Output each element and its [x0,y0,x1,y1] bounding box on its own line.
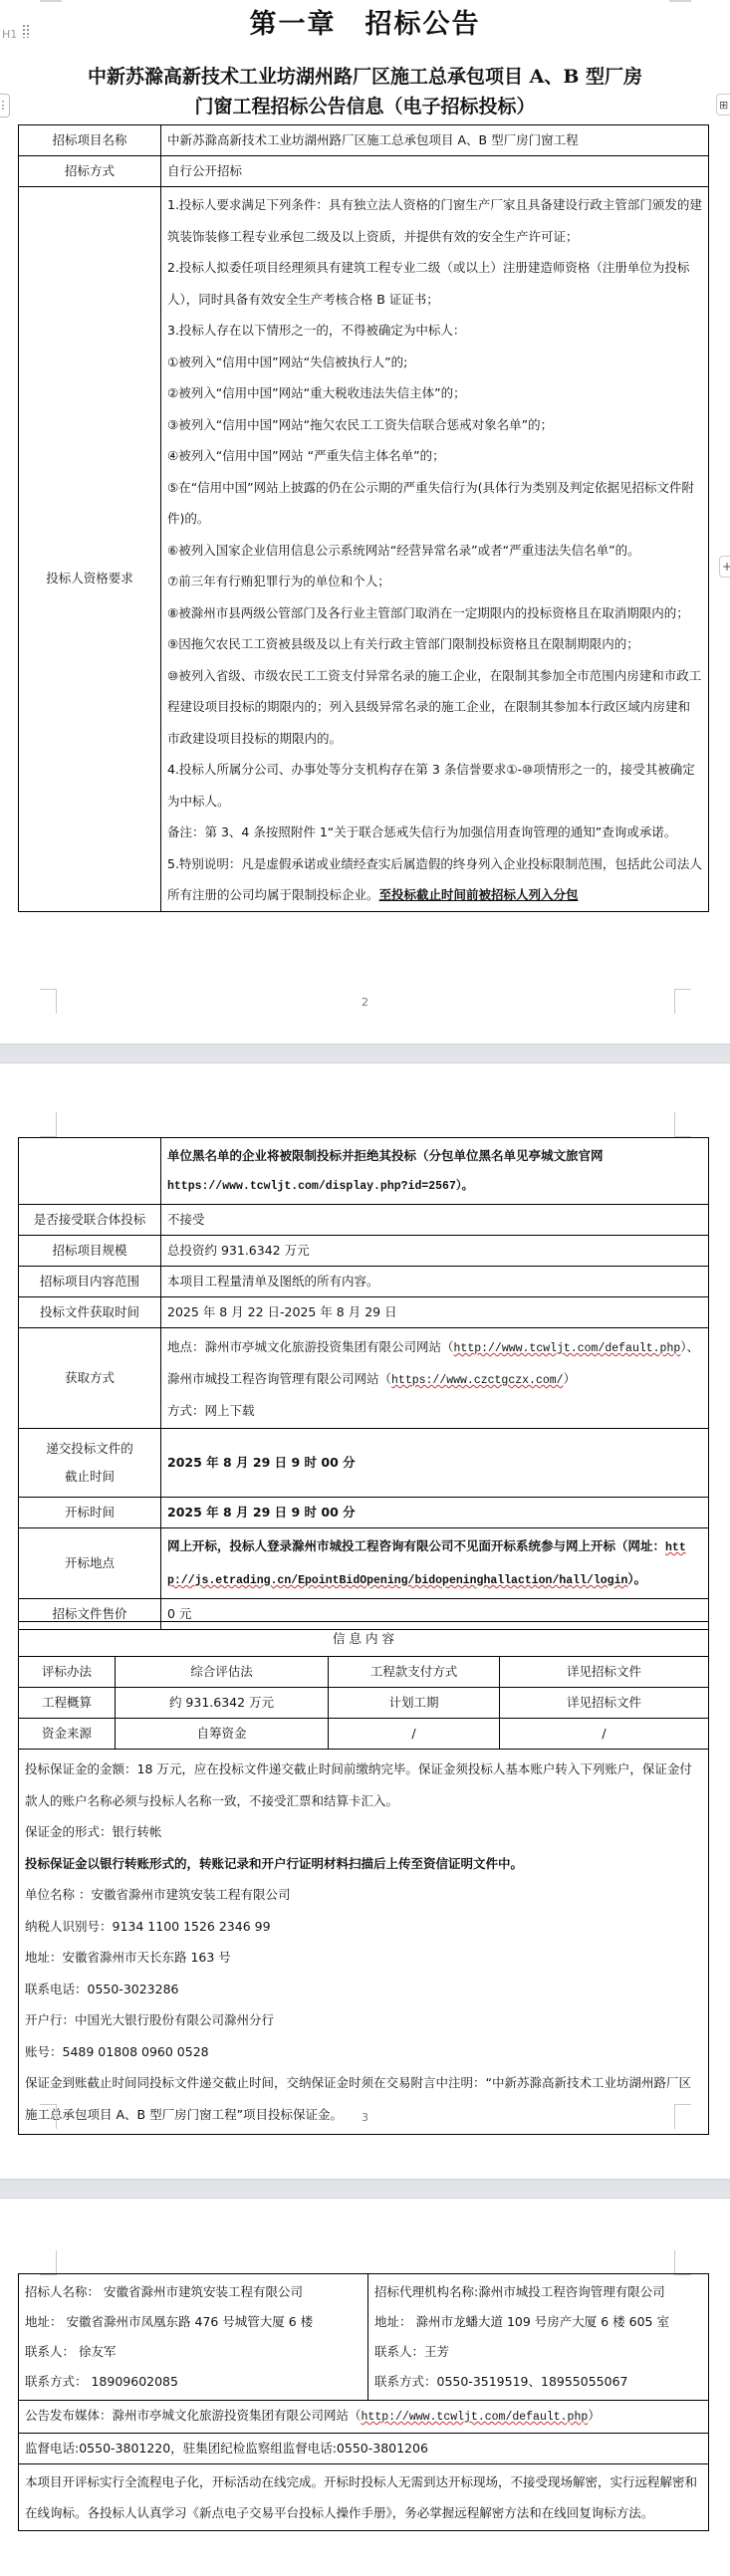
page-break [0,1044,730,1063]
page-corner-mark [674,1112,691,1137]
row-label: 开标时间 [19,1498,161,1528]
agent-contact: 联系人：王芳 [374,2337,702,2367]
tenderer-phone: 联系方式： 18909602085 [25,2367,362,2397]
table-row: 信 息 内 容 [19,1622,709,1657]
deposit-form: 保证金的形式：银行转帐 [25,1816,702,1848]
chapter-title: 第一章 招标公告 [0,2,730,41]
obtain-method: 地点：滁州市亭城文化旅游投资集团有限公司网站（http://www.tcwljt… [161,1328,709,1429]
blacklist-continuation: 单位黑名单的企业将被限制投标并拒绝其投标（分包单位黑名单见亭城文旅官网 http… [161,1138,709,1205]
row-label: 递交投标文件的 截止时间 [19,1429,161,1498]
grid-cell: 详见招标文件 [500,1688,709,1719]
grid-cell: 自筹资金 [116,1719,329,1750]
tenderer-contact: 联系人： 徐友军 [25,2337,362,2367]
row-label: 招标项目内容范围 [19,1267,161,1297]
deposit-unit-name: 单位名称 ：安徽省滁州市建筑安装工程有限公司 [25,1879,702,1911]
publish-media: 公告发布媒体：滁州市亭城文化旅游投资集团有限公司网站（http://www.tc… [19,2401,709,2434]
grid-cell: / [329,1719,500,1750]
agent-phone: 联系方式：0550-3519519、18955055067 [374,2367,702,2397]
table-row: 公告发布媒体：滁州市亭城文化旅游投资集团有限公司网站（http://www.tc… [19,2401,709,2434]
table-row: 是否接受联合体投标 不接受 [19,1205,709,1236]
table-row: 本项目开评标实行全流程电子化，开标活动在线完成。开标时投标人无需到达开标现场，不… [19,2464,709,2531]
row-label: 是否接受联合体投标 [19,1205,161,1236]
row-label: 招标方式 [19,156,161,187]
requirement-item: ①被列入“信用中国”网站“失信被执行人”的; [167,347,702,378]
grid-cell: 综合评估法 [116,1657,329,1688]
tcwljt-link[interactable]: http://www.tcwljt.com/default.php [454,1342,681,1355]
scope-value: 本项目工程量清单及图纸的所有内容。 [161,1267,709,1297]
requirement-item: 4.投标人所属分公司、办事处等分支机构存在第 3 条信誉要求①-⑩项情形之一的，… [167,754,702,817]
tenderer-name: 招标人名称： 安徽省滁州市建筑安装工程有限公司 [25,2277,362,2307]
tender-info-table-p2: 招标项目名称 中新苏滁高新技术工业坊湖州路厂区施工总承包项目 A、B 型厂房门窗… [18,124,709,912]
table-row: 招标方式 自行公开招标 [19,156,709,187]
table-row: 投标保证金的金额：18 万元，应在投标文件递交截止时间前缴纳完毕。保证金须投标人… [19,1750,709,2135]
page-corner-mark [40,1112,57,1137]
info-header: 信 息 内 容 [19,1622,709,1657]
document-title-line1: 中新苏滁高新技术工业坊湖州路厂区施工总承包项目 A、B 型厂房 [0,62,730,92]
table-row: 招标项目内容范围 本项目工程量清单及图纸的所有内容。 [19,1267,709,1297]
table-row: 递交投标文件的 截止时间 2025 年 8 月 29 日 9 时 00 分 [19,1429,709,1498]
opening-time-value: 2025 年 8 月 29 日 9 时 00 分 [161,1498,709,1528]
table-row: 投标人资格要求 1.投标人要求满足下列条件：具有独立法人资格的门窗生产厂家且具备… [19,187,709,912]
requirement-item: ⑤在“信用中国”网站上披露的仍在公示期的严重失信行为(具体行为类别及判定依据见招… [167,472,702,535]
requirement-item: ④被列入“信用中国”网站 “严重失信主体名单”的； [167,440,702,472]
grid-cell: 资金来源 [19,1719,116,1750]
tender-info-table-p3: 单位黑名单的企业将被限制投标并拒绝其投标（分包单位黑名单见亭城文旅官网 http… [18,1137,709,1630]
agent-address: 地址： 滁州市龙蟠大道 109 号房产大厦 6 楼 605 室 [374,2307,702,2337]
table-row: 评标办法 综合评估法 工程款支付方式 详见招标文件 [19,1657,709,1688]
row-label-line: 递交投标文件的 [21,1435,158,1463]
deposit-tax-id: 纳税人识别号：9134 1100 1526 2346 99 [25,1911,702,1943]
blacklist-url[interactable]: https://www.tcwljt.com/display.php?id=25… [167,1171,702,1202]
requirement-item: ⑩被列入省级、市级农民工工资支付异常名录的施工企业，在限制其参加全市范围内房建和… [167,660,702,755]
requirement-item: ⑧被滁州市县两级公管部门及各行业主管部门取消在一定期限内的投标资格且在取消期限内… [167,597,702,629]
page-break [0,2179,730,2199]
row-label: 招标项目名称 [19,125,161,156]
row-label-empty [19,1138,161,1205]
add-row-icon[interactable]: + [719,556,730,578]
obtain-location: 地点：滁州市亭城文化旅游投资集团有限公司网站（http://www.tcwljt… [167,1332,702,1396]
row-label: 招标项目规模 [19,1236,161,1267]
grid-cell: 工程概算 [19,1688,116,1719]
agent-info: 招标代理机构名称:滁州市城投工程咨询管理有限公司 地址： 滁州市龙蟠大道 109… [368,2274,709,2401]
deposit-address: 地址：安徽省滁州市天长东路 163 号 [25,1942,702,1974]
grid-cell: 工程款支付方式 [329,1657,500,1688]
table-row: 单位黑名单的企业将被限制投标并拒绝其投标（分包单位黑名单见亭城文旅官网 http… [19,1138,709,1205]
grid-cell: 详见招标文件 [500,1657,709,1688]
publish-media-text: ） [588,2408,601,2423]
table-row: 资金来源 自筹资金 / / [19,1719,709,1750]
requirement-item: ②被列入“信用中国”网站“重大税收违法失信主体”的； [167,377,702,409]
page-corner-mark [674,2250,691,2275]
info-content-table: 信 息 内 容 评标办法 综合评估法 工程款支付方式 详见招标文件 工程概算 约… [18,1621,709,2135]
opening-place-text: ）。 [627,1571,646,1586]
grid-cell: / [500,1719,709,1750]
table-row: 招标项目名称 中新苏滁高新技术工业坊湖州路厂区施工总承包项目 A、B 型厂房门窗… [19,125,709,156]
agent-name: 招标代理机构名称:滁州市城投工程咨询管理有限公司 [374,2277,702,2307]
deposit-account: 账号：5489 01808 0960 0528 [25,2036,702,2068]
deposit-section: 投标保证金的金额：18 万元，应在投标文件递交截止时间前缴纳完毕。保证金须投标人… [19,1750,709,2135]
opening-place-value: 网上开标，投标人登录滁州市城投工程咨询有限公司不见面开标系统参与网上开标（网址：… [161,1528,709,1599]
consortium-value: 不接受 [161,1205,709,1236]
requirement-item: ③被列入“信用中国”网站“拖欠农民工工资失信联合惩戒对象名单”的； [167,409,702,441]
obtain-location-text: ） [564,1371,577,1386]
requirement-item: ⑨因拖欠农民工工资被县级及以上有关行政主管部门限制投标资格且在限制期限内的； [167,628,702,660]
table-layout-icon[interactable]: ⊞ [716,94,730,116]
page-number: 3 [0,2111,730,2124]
supervision-phones: 监督电话:0550-3801220，驻集团纪检监察组监督电话:0550-3801… [19,2434,709,2464]
blacklist-text: 单位黑名单的企业将被限制投标并拒绝其投标（分包单位黑名单见亭城文旅官网 [167,1140,702,1171]
obtain-method-text: 方式：网上下载 [167,1396,702,1426]
table-row: 投标文件获取时间 2025 年 8 月 22 日-2025 年 8 月 29 日 [19,1297,709,1328]
row-label: 投标文件获取时间 [19,1297,161,1328]
row-label: 获取方式 [19,1328,161,1429]
media-link[interactable]: http://www.tcwljt.com/default.php [362,2411,589,2424]
deposit-bold-note: 投标保证金以银行转账形式的，转账记录和开户行证明材料扫描后上传至资信证明文件中。 [25,1848,702,1880]
czctgczx-link[interactable]: https://www.czctgczx.com/ [391,1374,564,1387]
tenderer-address: 地址： 安徽省滁州市凤凰东路 476 号城管大厦 6 楼 [25,2307,362,2337]
table-row: 招标项目规模 总投资约 931.6342 万元 [19,1236,709,1267]
special-note-bold: 至投标截止时间前被招标人列入分包 [379,887,579,902]
row-label: 开标地点 [19,1528,161,1599]
special-note: 5.特别说明：凡是虚假承诺或业绩经查实后属造假的终身列入企业投标限制范围，包括此… [167,848,702,911]
requirement-item: ⑦前三年有行贿犯罪行为的单位和个人； [167,566,702,597]
contact-table: 招标人名称： 安徽省滁州市建筑安装工程有限公司 地址： 安徽省滁州市凤凰东路 4… [18,2273,709,2531]
requirement-item: 1.投标人要求满足下列条件：具有独立法人资格的门窗生产厂家且具备建设行政主管部门… [167,189,702,252]
table-row: 开标地点 网上开标，投标人登录滁州市城投工程咨询有限公司不见面开标系统参与网上开… [19,1528,709,1599]
table-menu-handle-icon[interactable]: ⋮ [0,94,10,117]
obtain-time-value: 2025 年 8 月 22 日-2025 年 8 月 29 日 [161,1297,709,1328]
table-row: 开标时间 2025 年 8 月 29 日 9 时 00 分 [19,1498,709,1528]
opening-place-text: 网上开标，投标人登录滁州市城投工程咨询有限公司不见面开标系统参与网上开标（网址： [167,1538,665,1553]
deadline-value: 2025 年 8 月 29 日 9 时 00 分 [161,1429,709,1498]
deposit-bank: 开户行：中国光大银行股份有限公司滁州分行 [25,2004,702,2036]
row-label-line: 截止时间 [21,1463,158,1491]
grid-cell: 约 931.6342 万元 [116,1688,329,1719]
row-label: 投标人资格要求 [19,187,161,912]
table-row: 工程概算 约 931.6342 万元 计划工期 详见招标文件 [19,1688,709,1719]
table-row: 监督电话:0550-3801220，驻集团纪检监察组监督电话:0550-3801… [19,2434,709,2464]
document-title-line2: 门窗工程招标公告信息（电子招标投标） [0,92,730,121]
grid-cell: 计划工期 [329,1688,500,1719]
page-corner-mark [40,2250,57,2275]
tenderer-info: 招标人名称： 安徽省滁州市建筑安装工程有限公司 地址： 安徽省滁州市凤凰东路 4… [19,2274,368,2401]
project-name-value: 中新苏滁高新技术工业坊湖州路厂区施工总承包项目 A、B 型厂房门窗工程 [161,125,709,156]
online-bidding-note: 本项目开评标实行全流程电子化，开标活动在线完成。开标时投标人无需到达开标现场，不… [19,2464,709,2531]
requirement-item: 3.投标人存在以下情形之一的，不得被确定为中标人： [167,315,702,347]
requirement-item: ⑥被列入国家企业信用信息公示系统网站“经营异常名录”或者“严重违法失信名单”的。 [167,535,702,567]
table-row: 招标人名称： 安徽省滁州市建筑安装工程有限公司 地址： 安徽省滁州市凤凰东路 4… [19,2274,709,2401]
qualification-requirements: 1.投标人要求满足下列条件：具有独立法人资格的门窗生产厂家且具备建设行政主管部门… [161,187,709,912]
deposit-amount: 投标保证金的金额：18 万元，应在投标文件递交截止时间前缴纳完毕。保证金须投标人… [25,1754,702,1816]
deposit-phone: 联系电话：0550-3023286 [25,1974,702,2005]
obtain-location-text: 地点：滁州市亭城文化旅游投资集团有限公司网站（ [167,1339,454,1354]
scale-value: 总投资约 931.6342 万元 [161,1236,709,1267]
grid-cell: 评标办法 [19,1657,116,1688]
page-number: 2 [0,996,730,1009]
table-row: 获取方式 地点：滁州市亭城文化旅游投资集团有限公司网站（http://www.t… [19,1328,709,1429]
requirement-item: 备注：第 3、4 条按照附件 1“关于联合惩戒失信行为加强信用查询管理的通知”查… [167,817,702,848]
tender-method-value: 自行公开招标 [161,156,709,187]
requirement-item: 2.投标人拟委任项目经理须具有建筑工程专业二级（或以上）注册建造师资格（注册单位… [167,252,702,315]
publish-media-text: 公告发布媒体：滁州市亭城文化旅游投资集团有限公司网站（ [25,2408,362,2423]
